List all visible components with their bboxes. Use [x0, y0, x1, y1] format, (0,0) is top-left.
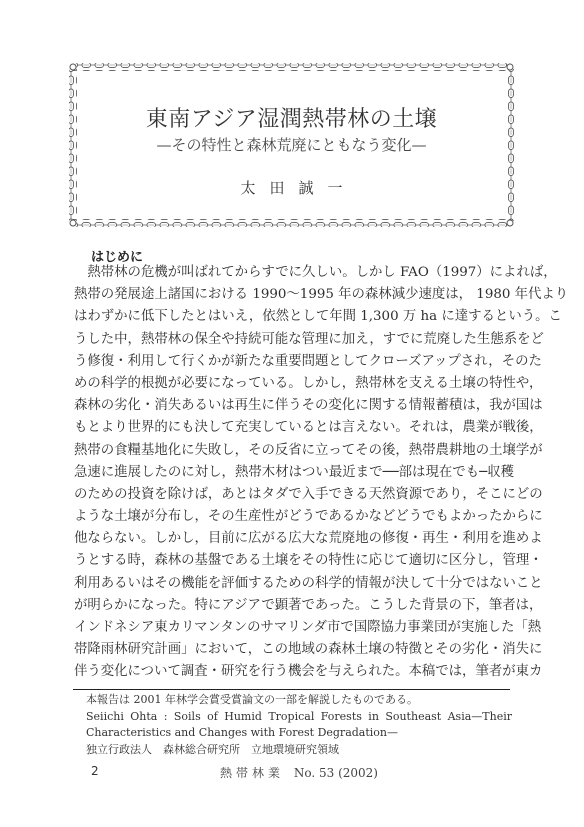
body-line: 急速に進展したのに対し，熱帯木材はつい最近まで──部は現在でも─収穫 — [74, 462, 514, 484]
body-line: う修復・利用して行くかが新たな重要問題としてクローズアップされ，そのた — [74, 351, 514, 373]
body-line: 利用あるいはその機能を評価するための科学的情報が決して十分ではないこと — [74, 573, 514, 595]
body-line: 熱帯林の危機が叫ばれてからすでに久しい。しかし FAO（1997）によれば， — [74, 262, 514, 284]
footnote-english-title: Seiichi Ohta : Soils of Humid Tropical F… — [86, 709, 512, 726]
body-line: 伴う変化について調査・研究を行う機会を与えられた。本稿では，筆者が東カ — [74, 661, 514, 683]
journal-issue: No. 53 (2002) — [294, 766, 378, 780]
body-line: うとする時，森林の基盤である土壌をその特性に応じて適切に区分し，管理・ — [74, 550, 514, 572]
body-line: 熱帯の発展途上諸国における 1990〜1995 年の森林減少速度は， 1980 … — [74, 284, 514, 306]
body-paragraph: 熱帯林の危機が叫ばれてからすでに久しい。しかし FAO（1997）によれば， 熱… — [74, 262, 514, 684]
article-title: 東南アジア湿潤熱帯林の土壌 — [73, 102, 510, 133]
body-line: 森林の劣化・消失あるいは再生に伴うその変化に関する情報蓄積は，我が国は — [74, 395, 514, 417]
journal-name: 熱帯林業 — [220, 766, 284, 780]
footnote-affiliation: 独立行政法人 森林総合研究所 立地環境研究領域 — [86, 742, 512, 759]
body-line: 熱帯の食糧基地化に失敗し，その反省に立ってその後，熱帯農耕地の土壌学が — [74, 440, 514, 462]
body-line: めの科学的根拠が必要になっている。しかし，熱帯林を支える土壌の特性や， — [74, 373, 514, 395]
body-line: のための投資を除けば，あとはタダで入手できる天然資源であり，そこにどの — [74, 484, 514, 506]
title-block: 東南アジア湿潤熱帯林の土壌 —その特性と森林荒廃にともなう変化— 太田誠一 — [73, 66, 510, 223]
article-subtitle: —その特性と森林荒廃にともなう変化— — [73, 134, 510, 155]
page-number: 2 — [91, 764, 99, 778]
body-line: ような土壌が分布し，その生産性がどうであるかなどどうでもよかったからに — [74, 506, 514, 528]
body-line: インドネシア東カリマンタンのサマリンダ市で国際協力事業団が実施した「熱 — [74, 617, 514, 639]
footnote-divider — [73, 689, 510, 690]
footnotes: 本報告は 2001 年林学会賞受賞論文の一部を解説したものである。 Seiich… — [86, 692, 512, 758]
footnote-note: 本報告は 2001 年林学会賞受賞論文の一部を解説したものである。 — [86, 692, 512, 709]
author-name: 太田誠一 — [73, 177, 510, 198]
journal-info: 熱帯林業 No. 53 (2002) — [220, 764, 378, 781]
body-line: もとより世界的にも決して充実しているとは言えない。それは，農業が戦後， — [74, 417, 514, 439]
footnote-english-title-cont: Characteristics and Changes with Forest … — [86, 725, 512, 742]
body-line: 帯降雨林研究計画」において，この地域の森林土壌の特徴とその劣化・消失に — [74, 639, 514, 661]
body-line: が明らかになった。特にアジアで顕著であった。こうした背景の下，筆者は， — [74, 595, 514, 617]
body-line: はわずかに低下したとはいえ，依然として年間 1,300 万 ha に達するという… — [74, 306, 514, 328]
body-line: 他ならない。しかし，目前に広がる広大な荒廃地の修復・再生・利用を進めよ — [74, 528, 514, 550]
body-line: うした中，熱帯林の保全や持続可能な管理に加え，すでに荒廃した生態系をど — [74, 329, 514, 351]
